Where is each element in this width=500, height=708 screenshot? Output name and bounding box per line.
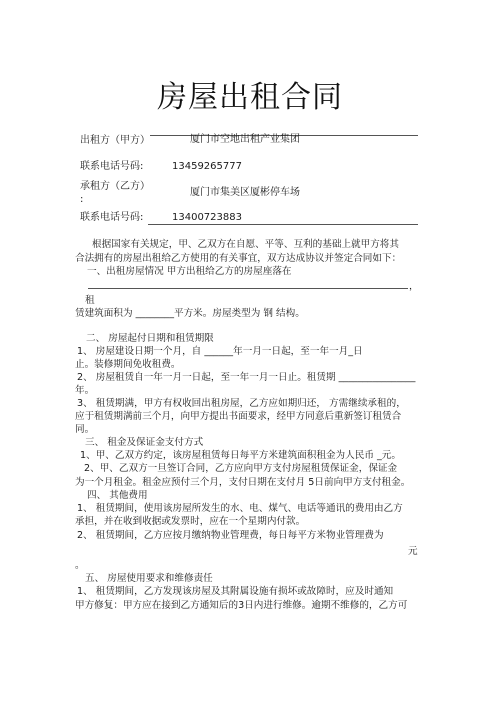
body-line: 2、 租赁期间，乙方应按月缴纳物业管理费，每日每平方米物业管理费为 (77, 530, 384, 542)
section-heading-4: 四、 其他费用 (87, 490, 148, 502)
section-heading-3: 三、 租金及保证金支付方式 (85, 437, 203, 449)
lessee-label-colon: : (80, 194, 83, 206)
body-line: ， (409, 281, 419, 293)
body-line: 2、甲、乙双方一旦签订合同，乙方应向甲方支付房屋租赁保证金，保证金 (84, 463, 397, 475)
body-line: 承担，并在收到收据或发票时，应在一个星期内付款。 (75, 516, 305, 528)
body-line: 1、 租赁期间，使用该房屋所发生的水、电、煤气、电话等通讯的费用由乙方 (77, 503, 403, 515)
lessee-phone-value: 13400723883 (172, 212, 242, 224)
lessee-phone-underline (148, 224, 418, 225)
body-line: 1、 房屋建设日期一个月，自 ______年一月一日起，至一年一月_日 (77, 346, 363, 358)
body-line: 2、 房屋租赁自一年一月一日起，至一年一月一日止。租赁期 ___________… (77, 372, 415, 384)
body-line: 。 (75, 560, 85, 572)
body-line: 同。 (75, 424, 94, 436)
body-line: 甲方修复：甲方应在接到乙方通知后的3日内进行维修。逾期不维修的，乙方可 (75, 600, 407, 612)
body-line: 3、 租赁期满，甲方有权收回出租房屋，乙方应如期归还， 方需继续承租的， (77, 398, 406, 410)
lessor-phone-label: 联系电话号码: (80, 161, 143, 173)
body-line: 应于租赁期满前三个月，向甲方提出书面要求，经甲方同意后重新签订租赁合 (75, 411, 401, 423)
body-line: 租 (85, 295, 95, 307)
document-title: 房屋出租合同 (0, 72, 500, 116)
body-line: 赁建筑面积为 ________平方米。房屋类型为 钢 结构。 (75, 308, 305, 320)
section-heading-1: 一、出租房屋情况 甲方出租给乙方的房屋座落在 (87, 266, 292, 278)
body-line: 元 (408, 546, 418, 558)
section-heading-5: 五、 房屋使用要求和维修责任 (85, 573, 213, 585)
lessee-phone-label: 联系电话号码: (80, 212, 143, 224)
body-line: 1、甲、乙双方约定，该房屋租赁每日每平方米建筑面积租金为人民币 _元。 (80, 450, 401, 462)
body-line: 年。 (75, 385, 94, 397)
body-line: 为一个月租金。租金应预付三个月，支付日期在支付月 5日前向甲方支付租金。 (75, 477, 410, 489)
lessor-value: 厦门市空地出租产业集团 (190, 134, 300, 146)
body-line: 止。装修期间免收租费。 (75, 359, 181, 371)
lessee-label: 承租方（乙方） (80, 181, 150, 193)
lessee-value: 厦门市集美区厦彬停车场 (190, 187, 300, 199)
address-blank-line (88, 288, 408, 289)
lessor-phone-value: 13459265777 (172, 161, 242, 173)
body-line: 1、 租赁期间，乙方发现该房屋及其附属设施有损坏或故障时，应及时通知 (77, 586, 393, 598)
lessor-label: 出租方（甲方） (80, 135, 150, 147)
section-heading-2: 二、 房屋起付日期和租赁期限 (86, 333, 214, 345)
body-line: 合法拥有的房屋出租给乙方使用的有关事宜，双方达成协议并签定合同如下： (75, 253, 401, 265)
body-line: 根据国家有关规定，甲、乙双方在自愿、平等、互利的基础上就甲方将其 (92, 239, 399, 251)
